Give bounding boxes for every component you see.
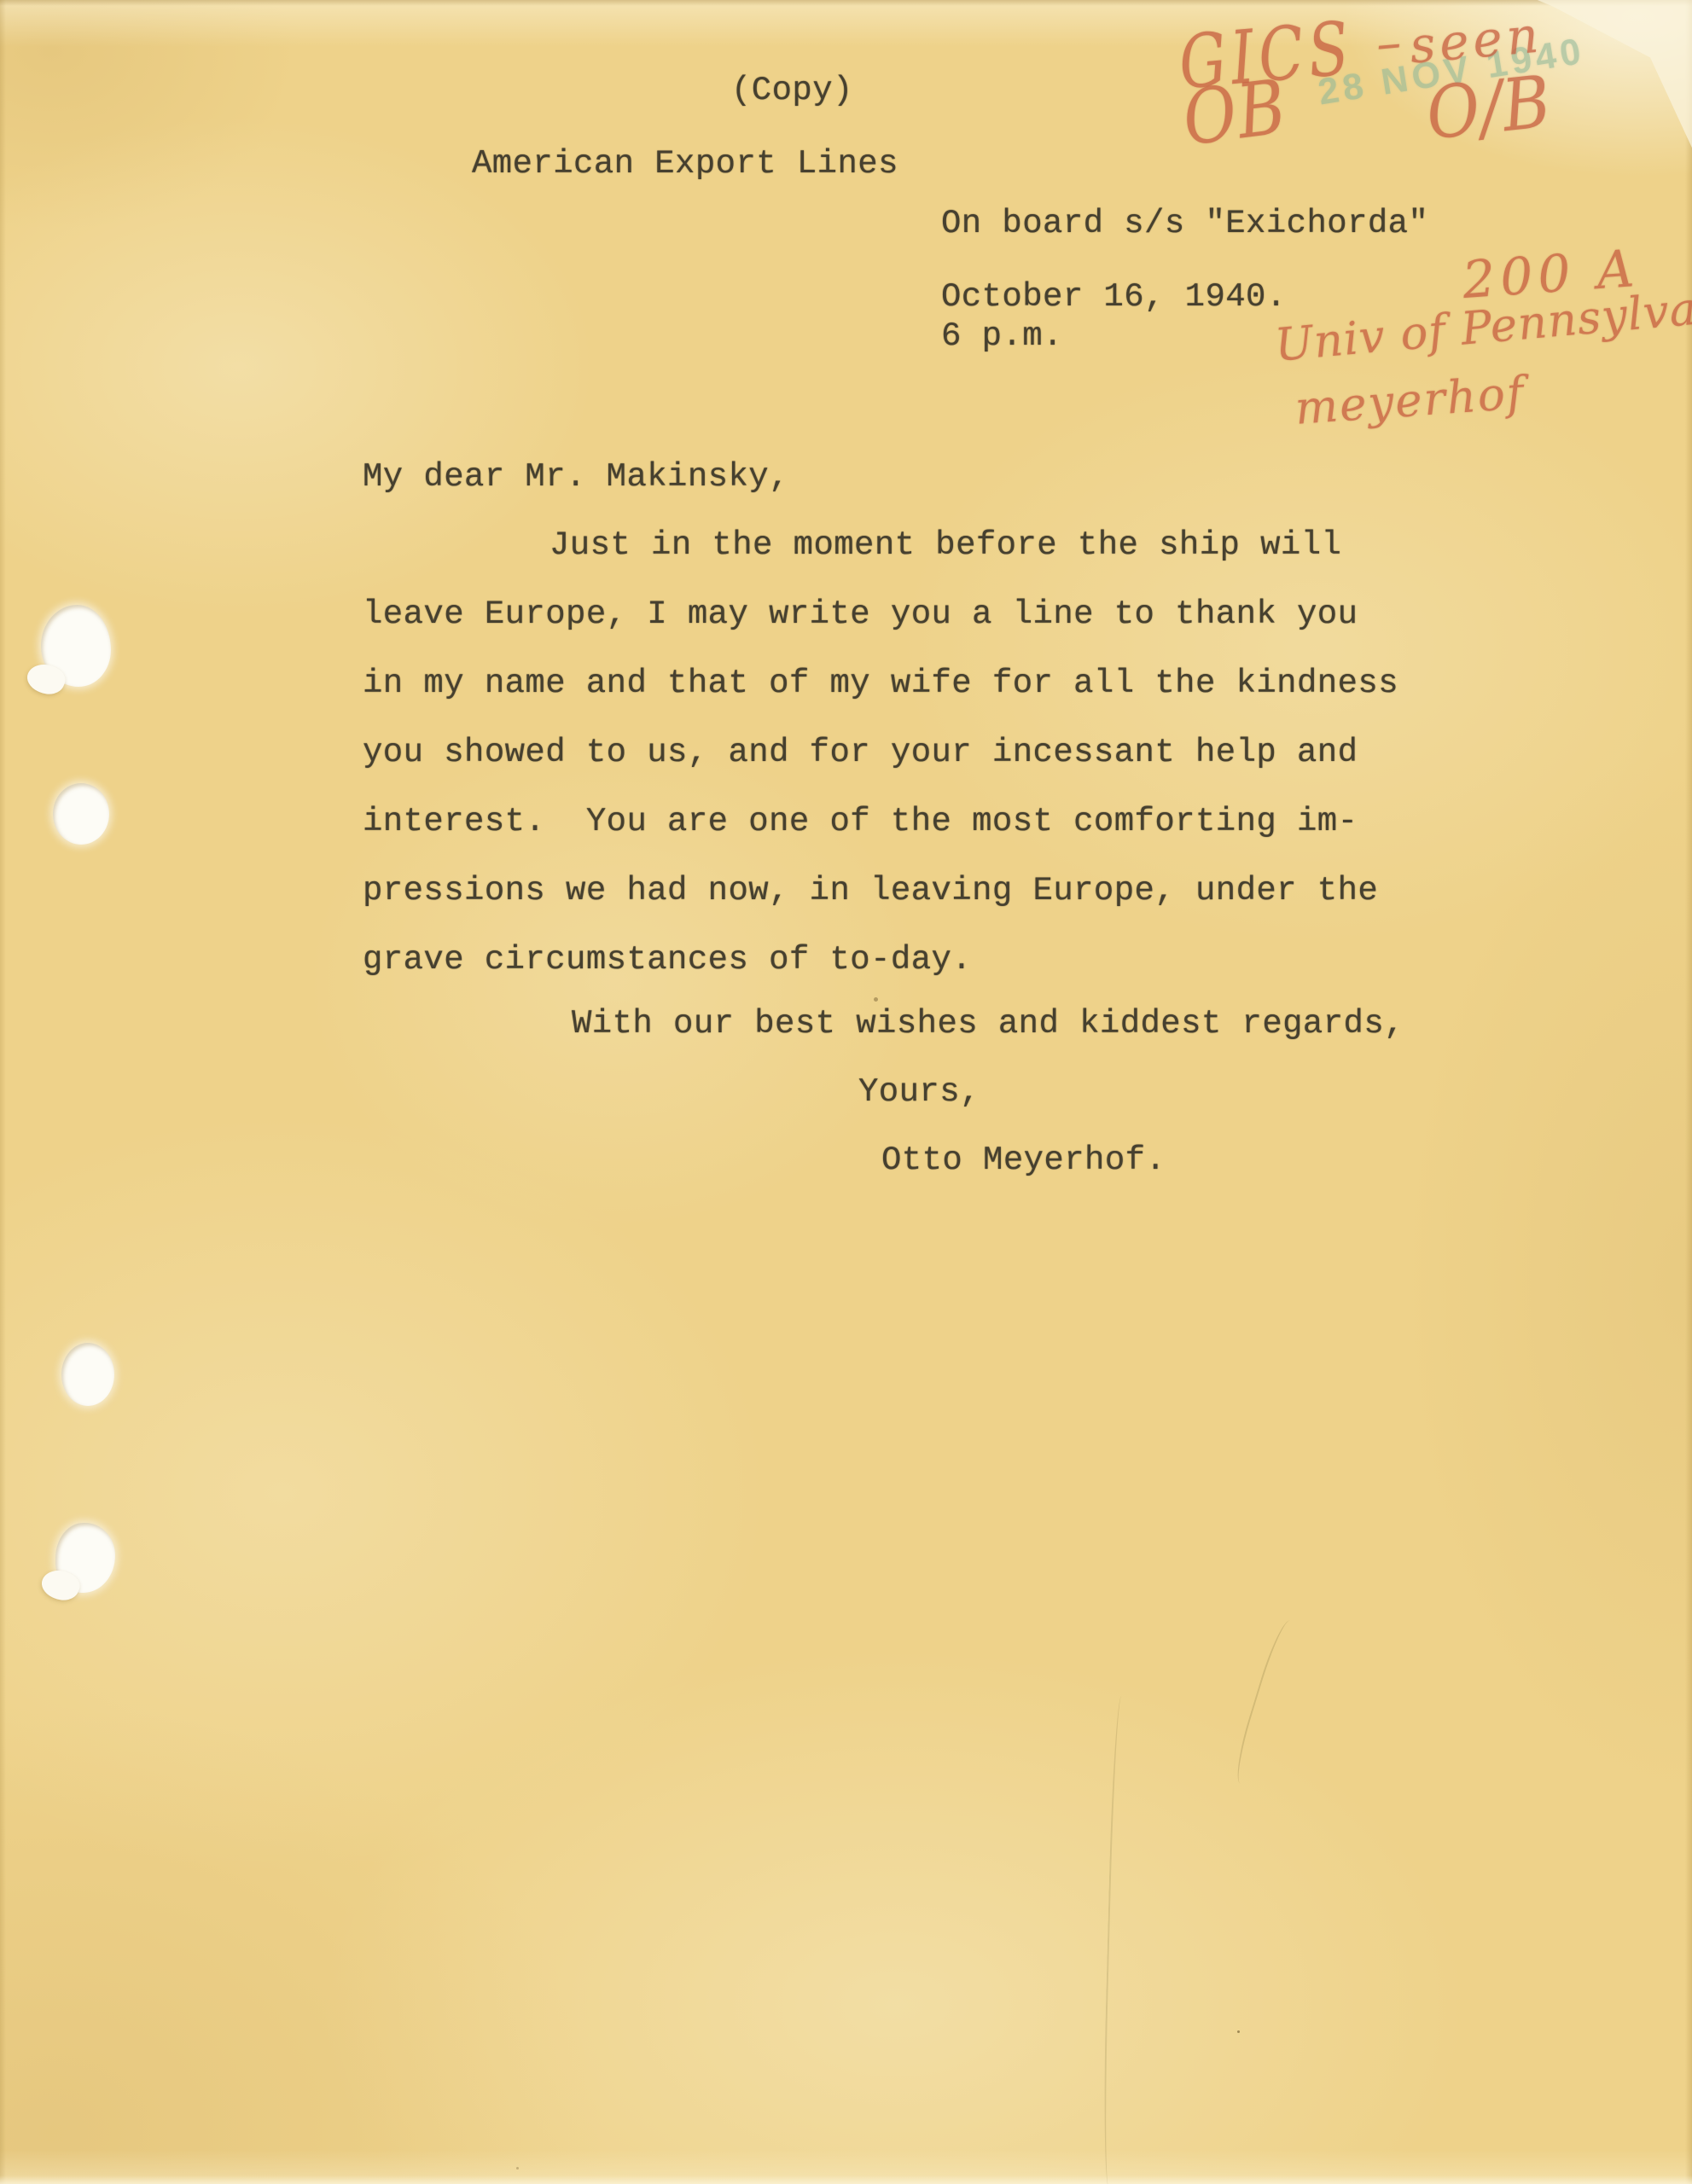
salutation: My dear Mr. Makinsky, xyxy=(363,461,789,494)
punch-hole xyxy=(61,1343,114,1406)
red-mark-right: O/B xyxy=(1423,66,1555,150)
company-name: American Export Lines xyxy=(472,148,898,181)
signature: Otto Meyerhof. xyxy=(881,1144,1166,1177)
body-line: Just in the moment before the ship will xyxy=(363,511,1398,580)
body-line: in my name and that of my wife for all t… xyxy=(363,649,1398,718)
body-line: grave circumstances of to-day. xyxy=(363,926,1398,995)
paper-edge-left xyxy=(0,0,6,2184)
paper-crease xyxy=(1101,1696,1132,2184)
valediction: Yours, xyxy=(858,1076,980,1109)
body-line: leave Europe, I may write you a line to … xyxy=(363,580,1398,649)
time-line: 6 p.m. xyxy=(941,320,1063,353)
red-dash: – xyxy=(1374,8,1404,78)
punch-hole xyxy=(41,605,111,687)
letter-body: Just in the moment before the ship will … xyxy=(363,511,1398,995)
punch-hole xyxy=(53,783,109,845)
date-line: October 16, 1940. xyxy=(941,281,1287,314)
onboard-line: On board s/s "Exichorda" xyxy=(941,207,1428,241)
red-mark-left: OB xyxy=(1179,69,1291,156)
red-surname-note: meyerhof xyxy=(1294,369,1526,433)
punch-hole xyxy=(55,1523,115,1593)
paper-crease xyxy=(1230,1618,1305,1789)
copy-label: (Copy) xyxy=(731,74,853,107)
body-line: pressions we had now, in leaving Europe,… xyxy=(363,857,1398,926)
body-line: you showed to us, and for your incessant… xyxy=(363,718,1398,787)
closing-line: With our best wishes and kiddest regards… xyxy=(572,1008,1404,1041)
body-line: interest. You are one of the most comfor… xyxy=(363,787,1398,857)
paper-speck xyxy=(1237,2030,1240,2033)
paper-edge-bottom xyxy=(0,2175,1692,2184)
letter-page: 28 NOV 1940 GICS – seen OB O/B 200 A Uni… xyxy=(0,0,1692,2184)
